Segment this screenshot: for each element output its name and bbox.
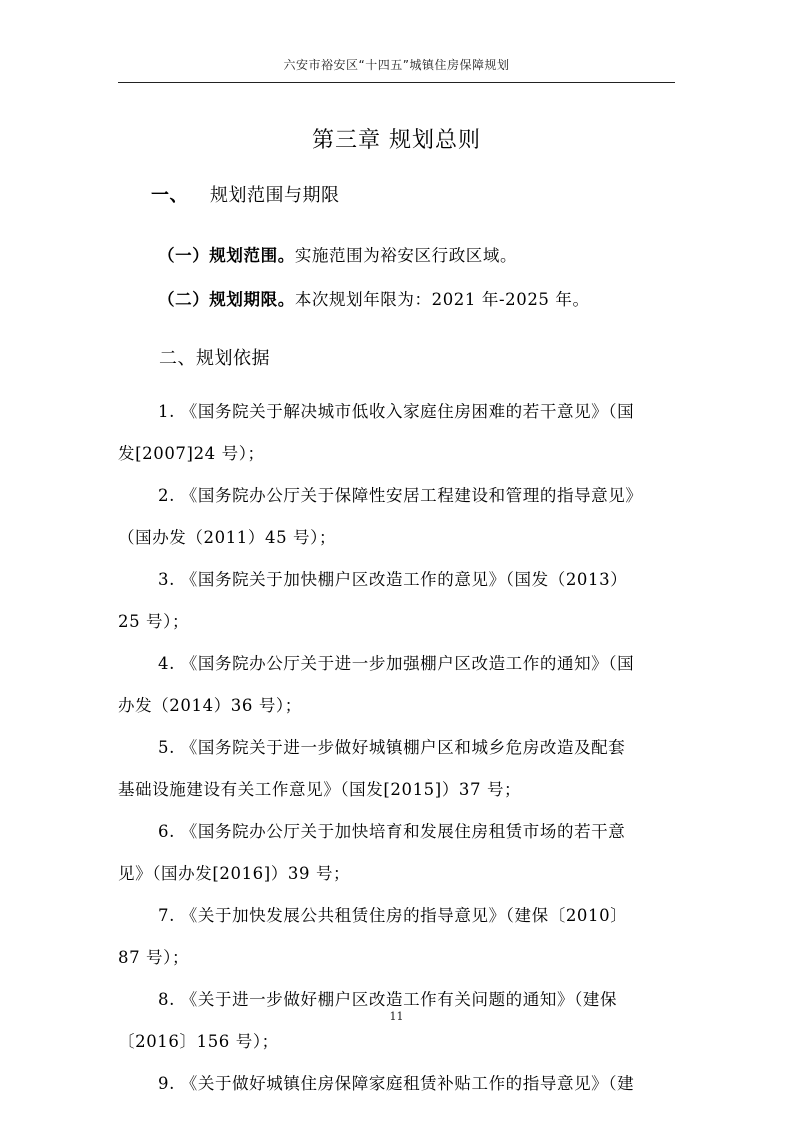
section-number: 一、 xyxy=(151,185,188,206)
section-heading-basis: 二、规划依据 xyxy=(159,344,270,370)
reference-line: （国办发（2011）45 号）； xyxy=(118,522,678,564)
reference-line: 9. 《关于做好城镇住房保障家庭租赁补贴工作的指导意见》（建 xyxy=(118,1068,678,1110)
section-title: 规划范围与期限 xyxy=(210,185,340,206)
reference-line: 办发（2014）36 号）； xyxy=(118,690,678,732)
reference-line: 6. 《国务院办公厅关于加快培育和发展住房租赁市场的若干意 xyxy=(118,816,678,858)
paragraph-text: 本次规划年限为：2021 年-2025 年。 xyxy=(295,290,590,309)
reference-item: 3. 《国务院关于加快棚户区改造工作的意见》（国发（2013） 25 号）； xyxy=(118,564,678,648)
reference-line: 见》（国办发[2016]）39 号； xyxy=(118,858,678,900)
section-heading-scope: 一、规划范围与期限 xyxy=(151,181,340,207)
reference-line: 4. 《国务院办公厅关于进一步加强棚户区改造工作的通知》（国 xyxy=(118,648,678,690)
reference-line: 5. 《国务院关于进一步做好城镇棚户区和城乡危房改造及配套 xyxy=(118,732,678,774)
reference-line: 1. 《国务院关于解决城市低收入家庭住房困难的若干意见》（国 xyxy=(118,396,678,438)
reference-line: 87 号）； xyxy=(118,942,678,984)
reference-line: 7. 《关于加快发展公共租赁住房的指导意见》（建保〔2010〕 xyxy=(118,900,678,942)
section-title: 规划依据 xyxy=(196,348,270,369)
reference-item: 9. 《关于做好城镇住房保障家庭租赁补贴工作的指导意见》（建 xyxy=(118,1068,678,1110)
reference-item: 2. 《国务院办公厅关于保障性安居工程建设和管理的指导意见》 （国办发（2011… xyxy=(118,480,678,564)
reference-item: 1. 《国务院关于解决城市低收入家庭住房困难的若干意见》（国 发[2007]24… xyxy=(118,396,678,480)
paragraph-scope: （一）规划范围。实施范围为裕安区行政区域。 xyxy=(158,242,517,266)
paragraph-text: 实施范围为裕安区行政区域。 xyxy=(295,246,517,265)
reference-item: 6. 《国务院办公厅关于加快培育和发展住房租赁市场的若干意 见》（国办发[201… xyxy=(118,816,678,900)
reference-line: 2. 《国务院办公厅关于保障性安居工程建设和管理的指导意见》 xyxy=(118,480,678,522)
reference-item: 5. 《国务院关于进一步做好城镇棚户区和城乡危房改造及配套 基础设施建设有关工作… xyxy=(118,732,678,816)
reference-line: 25 号）； xyxy=(118,606,678,648)
paragraph-label: （二）规划期限。 xyxy=(158,290,295,309)
paragraph-period: （二）规划期限。本次规划年限为：2021 年-2025 年。 xyxy=(158,286,590,310)
reference-line: 〔2016〕156 号）； xyxy=(118,1026,678,1068)
reference-line: 3. 《国务院关于加快棚户区改造工作的意见》（国发（2013） xyxy=(118,564,678,606)
reference-item: 4. 《国务院办公厅关于进一步加强棚户区改造工作的通知》（国 办发（2014）3… xyxy=(118,648,678,732)
reference-line: 基础设施建设有关工作意见》（国发[2015]）37 号； xyxy=(118,774,678,816)
section-number: 二、 xyxy=(159,348,196,369)
running-header: 六安市裕安区“十四五”城镇住房保障规划 xyxy=(118,56,675,73)
paragraph-label: （一）规划范围。 xyxy=(158,246,295,265)
reference-item: 8. 《关于进一步做好棚户区改造工作有关问题的通知》（建保 〔2016〕156 … xyxy=(118,984,678,1068)
reference-item: 7. 《关于加快发展公共租赁住房的指导意见》（建保〔2010〕 87 号）； xyxy=(118,900,678,984)
chapter-title: 第三章 规划总则 xyxy=(0,123,793,154)
page-number: 11 xyxy=(0,1010,793,1023)
reference-list: 1. 《国务院关于解决城市低收入家庭住房困难的若干意见》（国 发[2007]24… xyxy=(118,396,678,1110)
reference-line: 发[2007]24 号）； xyxy=(118,438,678,480)
header-rule xyxy=(118,82,675,83)
